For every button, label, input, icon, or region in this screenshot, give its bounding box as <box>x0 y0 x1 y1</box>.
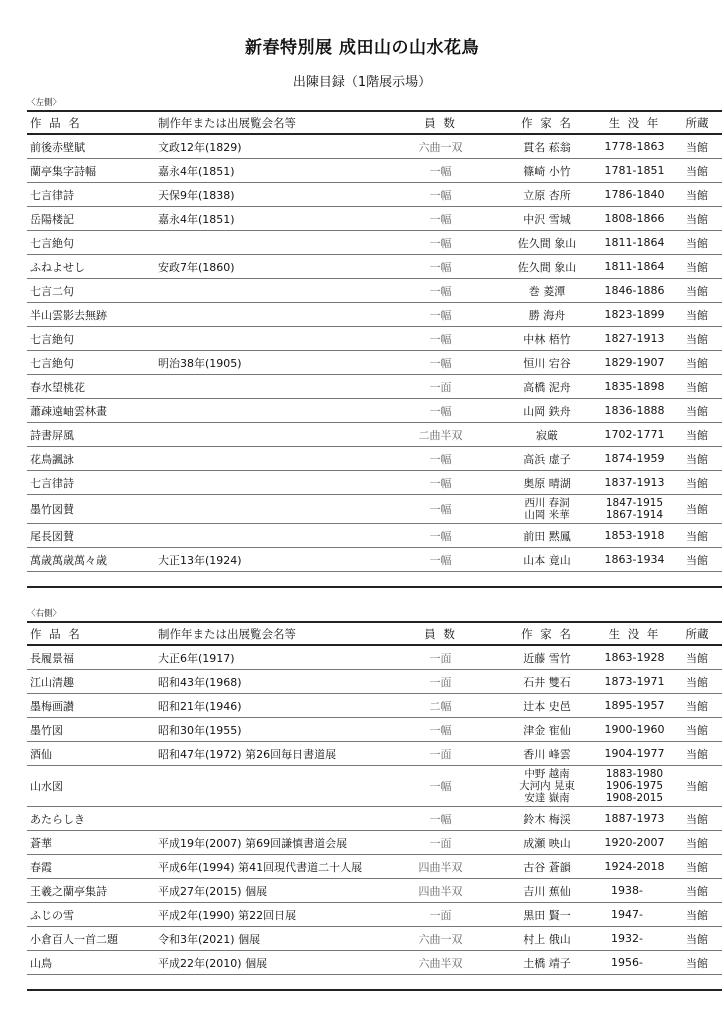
item-count: 二幅 <box>384 694 497 718</box>
work-title: あたらしき <box>27 807 158 831</box>
artist-lifespan: 1846-1886 <box>597 279 672 303</box>
owner: 当館 <box>672 183 722 207</box>
item-count: 六曲一双 <box>384 134 497 159</box>
artist-name-line: 西川 春洞 <box>497 497 597 509</box>
owner: 当館 <box>672 207 722 231</box>
work-date: 昭和30年(1955) <box>158 718 384 742</box>
owner: 当館 <box>672 471 722 495</box>
work-date <box>158 766 384 807</box>
artist-name: 古谷 蒼韻 <box>497 855 597 879</box>
owner: 当館 <box>672 447 722 471</box>
work-date <box>158 447 384 471</box>
artist-lifespan: 1829-1907 <box>597 351 672 375</box>
table-row: 春水望桃花一面高橋 泥舟1835-1898当館 <box>27 375 722 399</box>
work-date: 昭和43年(1968) <box>158 670 384 694</box>
work-title: 蘭亭集字詩幅 <box>27 159 158 183</box>
table-row: 蕭疎遠岫雲林畫一幅山岡 鉄舟1836-1888当館 <box>27 399 722 423</box>
artist-lifespan: 1895-1957 <box>597 694 672 718</box>
item-count: 四曲半双 <box>384 855 497 879</box>
column-lifespan: 生 没 年 <box>597 111 672 134</box>
artist-lifespan: 1920-2007 <box>597 831 672 855</box>
owner: 当館 <box>672 807 722 831</box>
table-row: 小倉百人一首二題令和3年(2021) 個展六曲一双村上 俄山1932-当館 <box>27 927 722 951</box>
artist-lifespan: 1873-1971 <box>597 670 672 694</box>
item-count: 一幅 <box>384 548 497 572</box>
work-title: 小倉百人一首二題 <box>27 927 158 951</box>
artist-name: 近藤 雪竹 <box>497 645 597 670</box>
work-title: 長履景福 <box>27 645 158 670</box>
work-date: 嘉永4年(1851) <box>158 207 384 231</box>
table-row: 墨竹図昭和30年(1955)一幅津金 寉仙1900-1960当館 <box>27 718 722 742</box>
artist-name-line: 大河内 晃東 <box>497 780 597 792</box>
work-date: 平成19年(2007) 第69回謙慎書道会展 <box>158 831 384 855</box>
artist-lifespan: 1811-1864 <box>597 255 672 279</box>
item-count: 一幅 <box>384 279 497 303</box>
table-row: 墨梅画讃昭和21年(1946)二幅辻本 史邑1895-1957当館 <box>27 694 722 718</box>
artist-lifespan: 1853-1918 <box>597 524 672 548</box>
artist-lifespan: 1808-1866 <box>597 207 672 231</box>
table-row: 前後赤壁賦文政12年(1829)六曲一双貫名 菘翁1778-1863当館 <box>27 134 722 159</box>
work-date <box>158 423 384 447</box>
work-title: 七言二句 <box>27 279 158 303</box>
work-date: 嘉永4年(1851) <box>158 159 384 183</box>
work-date: 安政7年(1860) <box>158 255 384 279</box>
work-date <box>158 375 384 399</box>
item-count: 一幅 <box>384 255 497 279</box>
table-row: 江山清趣昭和43年(1968)一面石井 雙石1873-1971当館 <box>27 670 722 694</box>
work-title: 萬歳萬歳萬々歳 <box>27 548 158 572</box>
column-title: 作 品 名 <box>27 622 158 645</box>
work-date: 文政12年(1829) <box>158 134 384 159</box>
item-count: 一幅 <box>384 303 497 327</box>
artist-name: 恒川 宕谷 <box>497 351 597 375</box>
column-owner: 所蔵 <box>672 622 722 645</box>
owner: 当館 <box>672 742 722 766</box>
item-count: 一幅 <box>384 524 497 548</box>
right-catalog-table: 作 品 名 制作年または出展覧会名等 員 数 作 家 名 生 没 年 所蔵 長履… <box>27 621 722 991</box>
work-date: 平成2年(1990) 第22回日展 <box>158 903 384 927</box>
owner: 当館 <box>672 951 722 975</box>
table-row: ふねよせし安政7年(1860)一幅佐久間 象山1811-1864当館 <box>27 255 722 279</box>
work-title: 江山清趣 <box>27 670 158 694</box>
work-title: 山水図 <box>27 766 158 807</box>
item-count: 二曲半双 <box>384 423 497 447</box>
item-count: 六曲半双 <box>384 951 497 975</box>
column-artist: 作 家 名 <box>497 111 597 134</box>
item-count: 一幅 <box>384 231 497 255</box>
table-row: 王羲之蘭亭集詩平成27年(2015) 個展四曲半双吉川 蕉仙1938-当館 <box>27 879 722 903</box>
item-count: 一面 <box>384 375 497 399</box>
work-date <box>158 303 384 327</box>
artist-name: 成瀬 映山 <box>497 831 597 855</box>
owner: 当館 <box>672 645 722 670</box>
column-owner: 所蔵 <box>672 111 722 134</box>
artist-name: 貫名 菘翁 <box>497 134 597 159</box>
item-count: 一幅 <box>384 766 497 807</box>
work-title: 山鳥 <box>27 951 158 975</box>
owner: 当館 <box>672 303 722 327</box>
table-row: 岳陽楼記嘉永4年(1851)一幅中沢 雪城1808-1866当館 <box>27 207 722 231</box>
table-end-rule <box>27 572 722 588</box>
artist-lifespan: 1887-1973 <box>597 807 672 831</box>
work-date: 天保9年(1838) <box>158 183 384 207</box>
work-title: 七言絶句 <box>27 231 158 255</box>
owner: 当館 <box>672 399 722 423</box>
artist-lifespan: 1702-1771 <box>597 423 672 447</box>
artist-lifespan: 1781-1851 <box>597 159 672 183</box>
artist-lifespan: 1874-1959 <box>597 447 672 471</box>
artist-name: 佐久間 象山 <box>497 231 597 255</box>
table-row: 花鳥諷詠一幅高浜 虚子1874-1959当館 <box>27 447 722 471</box>
item-count: 一幅 <box>384 471 497 495</box>
work-title: 墨竹図 <box>27 718 158 742</box>
work-date: 大正13年(1924) <box>158 548 384 572</box>
artist-name: 山岡 鉄舟 <box>497 399 597 423</box>
item-count: 一幅 <box>384 327 497 351</box>
work-title: 蕭疎遠岫雲林畫 <box>27 399 158 423</box>
artist-name: 鈴木 梅渓 <box>497 807 597 831</box>
table-end-rule <box>27 975 722 991</box>
table-row: 山水図一幅中野 越南大河内 晃東安達 嶽南1883-19801906-19751… <box>27 766 722 807</box>
work-date <box>158 807 384 831</box>
work-date: 平成27年(2015) 個展 <box>158 879 384 903</box>
artist-lifespan: 1924-2018 <box>597 855 672 879</box>
left-catalog-table: 作 品 名 制作年または出展覧会名等 員 数 作 家 名 生 没 年 所蔵 前後… <box>27 110 722 588</box>
owner: 当館 <box>672 524 722 548</box>
table-row: 詩書屏風二曲半双寂厳1702-1771当館 <box>27 423 722 447</box>
table-row: 七言絶句一幅中林 梧竹1827-1913当館 <box>27 327 722 351</box>
artist-name: 奥原 晴湖 <box>497 471 597 495</box>
work-date <box>158 399 384 423</box>
page-subtitle: 出陳目録（1階展示場） <box>0 71 724 90</box>
column-lifespan: 生 没 年 <box>597 622 672 645</box>
artist-name: 山本 竟山 <box>497 548 597 572</box>
column-date: 制作年または出展覧会名等 <box>158 111 384 134</box>
artist-lifespan: 1836-1888 <box>597 399 672 423</box>
artist-name: 石井 雙石 <box>497 670 597 694</box>
work-date: 大正6年(1917) <box>158 645 384 670</box>
owner: 当館 <box>672 351 722 375</box>
owner: 当館 <box>672 231 722 255</box>
table-row: 七言律詩一幅奥原 晴湖1837-1913当館 <box>27 471 722 495</box>
right-side-section: 〈右側〉 作 品 名 制作年または出展覧会名等 員 数 作 家 名 生 没 年 … <box>27 608 719 991</box>
work-date: 平成22年(2010) 個展 <box>158 951 384 975</box>
artist-lifespan: 1786-1840 <box>597 183 672 207</box>
table-row: 蒼華平成19年(2007) 第69回謙慎書道会展一面成瀬 映山1920-2007… <box>27 831 722 855</box>
work-date <box>158 231 384 255</box>
lifespan-line: 1847-1915 <box>597 497 672 509</box>
artist-lifespan: 1847-19151867-1914 <box>597 495 672 524</box>
artist-name: 中野 越南大河内 晃東安達 嶽南 <box>497 766 597 807</box>
item-count: 一幅 <box>384 399 497 423</box>
work-title: 七言絶句 <box>27 327 158 351</box>
artist-name: 高橋 泥舟 <box>497 375 597 399</box>
artist-lifespan: 1883-19801906-19751908-2015 <box>597 766 672 807</box>
table-row: 尾長図賛一幅前田 黙鳳1853-1918当館 <box>27 524 722 548</box>
owner: 当館 <box>672 375 722 399</box>
artist-name: 黒田 賢一 <box>497 903 597 927</box>
artist-name: 村上 俄山 <box>497 927 597 951</box>
left-side-section: 〈左側〉 作 品 名 制作年または出展覧会名等 員 数 作 家 名 生 没 年 … <box>27 97 719 588</box>
page-title: 新春特別展 成田山の山水花鳥 <box>0 33 724 58</box>
artist-name: 勝 海舟 <box>497 303 597 327</box>
artist-name: 立原 杏所 <box>497 183 597 207</box>
table-row: 蘭亭集字詩幅嘉永4年(1851)一幅篠崎 小竹1781-1851当館 <box>27 159 722 183</box>
left-side-label: 〈左側〉 <box>27 97 719 109</box>
work-date: 昭和47年(1972) 第26回毎日書道展 <box>158 742 384 766</box>
artist-lifespan: 1823-1899 <box>597 303 672 327</box>
item-count: 一幅 <box>384 718 497 742</box>
artist-lifespan: 1863-1928 <box>597 645 672 670</box>
artist-lifespan: 1904-1977 <box>597 742 672 766</box>
artist-name: 前田 黙鳳 <box>497 524 597 548</box>
right-side-label: 〈右側〉 <box>27 608 719 620</box>
owner: 当館 <box>672 694 722 718</box>
artist-lifespan: 1827-1913 <box>597 327 672 351</box>
table-row: 七言絶句一幅佐久間 象山1811-1864当館 <box>27 231 722 255</box>
artist-name-line: 安達 嶽南 <box>497 792 597 804</box>
work-title: 酒仙 <box>27 742 158 766</box>
owner: 当館 <box>672 766 722 807</box>
work-title: 岳陽楼記 <box>27 207 158 231</box>
artist-name: 佐久間 象山 <box>497 255 597 279</box>
artist-name: 香川 峰雲 <box>497 742 597 766</box>
work-date <box>158 471 384 495</box>
work-date <box>158 524 384 548</box>
artist-name: 辻本 史邑 <box>497 694 597 718</box>
work-title: 王羲之蘭亭集詩 <box>27 879 158 903</box>
artist-lifespan: 1835-1898 <box>597 375 672 399</box>
work-title: 尾長図賛 <box>27 524 158 548</box>
work-date <box>158 495 384 524</box>
work-date: 令和3年(2021) 個展 <box>158 927 384 951</box>
column-title: 作 品 名 <box>27 111 158 134</box>
work-title: 春霞 <box>27 855 158 879</box>
item-count: 一面 <box>384 903 497 927</box>
table-row: ふじの雪平成2年(1990) 第22回日展一面黒田 賢一1947-当館 <box>27 903 722 927</box>
item-count: 一幅 <box>384 207 497 231</box>
owner: 当館 <box>672 159 722 183</box>
owner: 当館 <box>672 327 722 351</box>
table-row: 春霞平成6年(1994) 第41回現代書道二十人展四曲半双古谷 蒼韻1924-2… <box>27 855 722 879</box>
table-row: 七言絶句明治38年(1905)一幅恒川 宕谷1829-1907当館 <box>27 351 722 375</box>
item-count: 一幅 <box>384 183 497 207</box>
column-artist: 作 家 名 <box>497 622 597 645</box>
lifespan-line: 1883-1980 <box>597 768 672 780</box>
item-count: 六曲一双 <box>384 927 497 951</box>
table-row: 半山雲影去無跡一幅勝 海舟1823-1899当館 <box>27 303 722 327</box>
artist-name: 中林 梧竹 <box>497 327 597 351</box>
item-count: 一幅 <box>384 447 497 471</box>
item-count: 一幅 <box>384 159 497 183</box>
work-title: 蒼華 <box>27 831 158 855</box>
artist-name-line: 山岡 米華 <box>497 509 597 521</box>
left-table-body: 前後赤壁賦文政12年(1829)六曲一双貫名 菘翁1778-1863当館蘭亭集字… <box>27 134 722 587</box>
table-row: あたらしき一幅鈴木 梅渓1887-1973当館 <box>27 807 722 831</box>
work-title: 半山雲影去無跡 <box>27 303 158 327</box>
owner: 当館 <box>672 495 722 524</box>
item-count: 一面 <box>384 831 497 855</box>
column-count: 員 数 <box>384 622 497 645</box>
work-title: 花鳥諷詠 <box>27 447 158 471</box>
owner: 当館 <box>672 255 722 279</box>
owner: 当館 <box>672 855 722 879</box>
owner: 当館 <box>672 548 722 572</box>
owner: 当館 <box>672 927 722 951</box>
owner: 当館 <box>672 670 722 694</box>
lifespan-line: 1867-1914 <box>597 509 672 521</box>
table-row: 墨竹図賛一幅西川 春洞山岡 米華1847-19151867-1914当館 <box>27 495 722 524</box>
work-date <box>158 327 384 351</box>
artist-lifespan: 1778-1863 <box>597 134 672 159</box>
item-count: 一面 <box>384 645 497 670</box>
item-count: 一幅 <box>384 495 497 524</box>
table-header-row: 作 品 名 制作年または出展覧会名等 員 数 作 家 名 生 没 年 所蔵 <box>27 111 722 134</box>
artist-name: 中沢 雪城 <box>497 207 597 231</box>
work-title: 七言律詩 <box>27 471 158 495</box>
table-row: 長履景福大正6年(1917)一面近藤 雪竹1863-1928当館 <box>27 645 722 670</box>
table-row: 七言二句一幅巻 菱潭1846-1886当館 <box>27 279 722 303</box>
work-title: 七言絶句 <box>27 351 158 375</box>
work-date: 明治38年(1905) <box>158 351 384 375</box>
table-row: 七言律詩天保9年(1838)一幅立原 杏所1786-1840当館 <box>27 183 722 207</box>
lifespan-line: 1908-2015 <box>597 792 672 804</box>
artist-name: 寂厳 <box>497 423 597 447</box>
work-title: ふじの雪 <box>27 903 158 927</box>
work-title: 七言律詩 <box>27 183 158 207</box>
artist-name: 巻 菱潭 <box>497 279 597 303</box>
table-row: 山鳥平成22年(2010) 個展六曲半双土橋 靖子1956-当館 <box>27 951 722 975</box>
item-count: 一幅 <box>384 807 497 831</box>
artist-lifespan: 1900-1960 <box>597 718 672 742</box>
artist-name: 土橋 靖子 <box>497 951 597 975</box>
owner: 当館 <box>672 831 722 855</box>
owner: 当館 <box>672 903 722 927</box>
artist-lifespan: 1811-1864 <box>597 231 672 255</box>
item-count: 一面 <box>384 742 497 766</box>
item-count: 四曲半双 <box>384 879 497 903</box>
owner: 当館 <box>672 134 722 159</box>
work-title: 墨竹図賛 <box>27 495 158 524</box>
right-table-body: 長履景福大正6年(1917)一面近藤 雪竹1863-1928当館江山清趣昭和43… <box>27 645 722 990</box>
artist-name-line: 中野 越南 <box>497 768 597 780</box>
work-title: 詩書屏風 <box>27 423 158 447</box>
lifespan-line: 1906-1975 <box>597 780 672 792</box>
artist-lifespan: 1956- <box>597 951 672 975</box>
column-count: 員 数 <box>384 111 497 134</box>
table-row: 酒仙昭和47年(1972) 第26回毎日書道展一面香川 峰雲1904-1977当… <box>27 742 722 766</box>
artist-name: 高浜 虚子 <box>497 447 597 471</box>
artist-lifespan: 1938- <box>597 879 672 903</box>
artist-lifespan: 1947- <box>597 903 672 927</box>
table-header-row: 作 品 名 制作年または出展覧会名等 員 数 作 家 名 生 没 年 所蔵 <box>27 622 722 645</box>
owner: 当館 <box>672 423 722 447</box>
work-date: 平成6年(1994) 第41回現代書道二十人展 <box>158 855 384 879</box>
owner: 当館 <box>672 279 722 303</box>
owner: 当館 <box>672 879 722 903</box>
owner: 当館 <box>672 718 722 742</box>
artist-lifespan: 1863-1934 <box>597 548 672 572</box>
artist-name: 西川 春洞山岡 米華 <box>497 495 597 524</box>
work-title: 前後赤壁賦 <box>27 134 158 159</box>
work-date <box>158 279 384 303</box>
artist-name: 吉川 蕉仙 <box>497 879 597 903</box>
item-count: 一幅 <box>384 351 497 375</box>
artist-name: 篠崎 小竹 <box>497 159 597 183</box>
work-title: 春水望桃花 <box>27 375 158 399</box>
column-date: 制作年または出展覧会名等 <box>158 622 384 645</box>
item-count: 一面 <box>384 670 497 694</box>
table-row: 萬歳萬歳萬々歳大正13年(1924)一幅山本 竟山1863-1934当館 <box>27 548 722 572</box>
work-date: 昭和21年(1946) <box>158 694 384 718</box>
work-title: ふねよせし <box>27 255 158 279</box>
artist-lifespan: 1932- <box>597 927 672 951</box>
work-title: 墨梅画讃 <box>27 694 158 718</box>
artist-lifespan: 1837-1913 <box>597 471 672 495</box>
artist-name: 津金 寉仙 <box>497 718 597 742</box>
